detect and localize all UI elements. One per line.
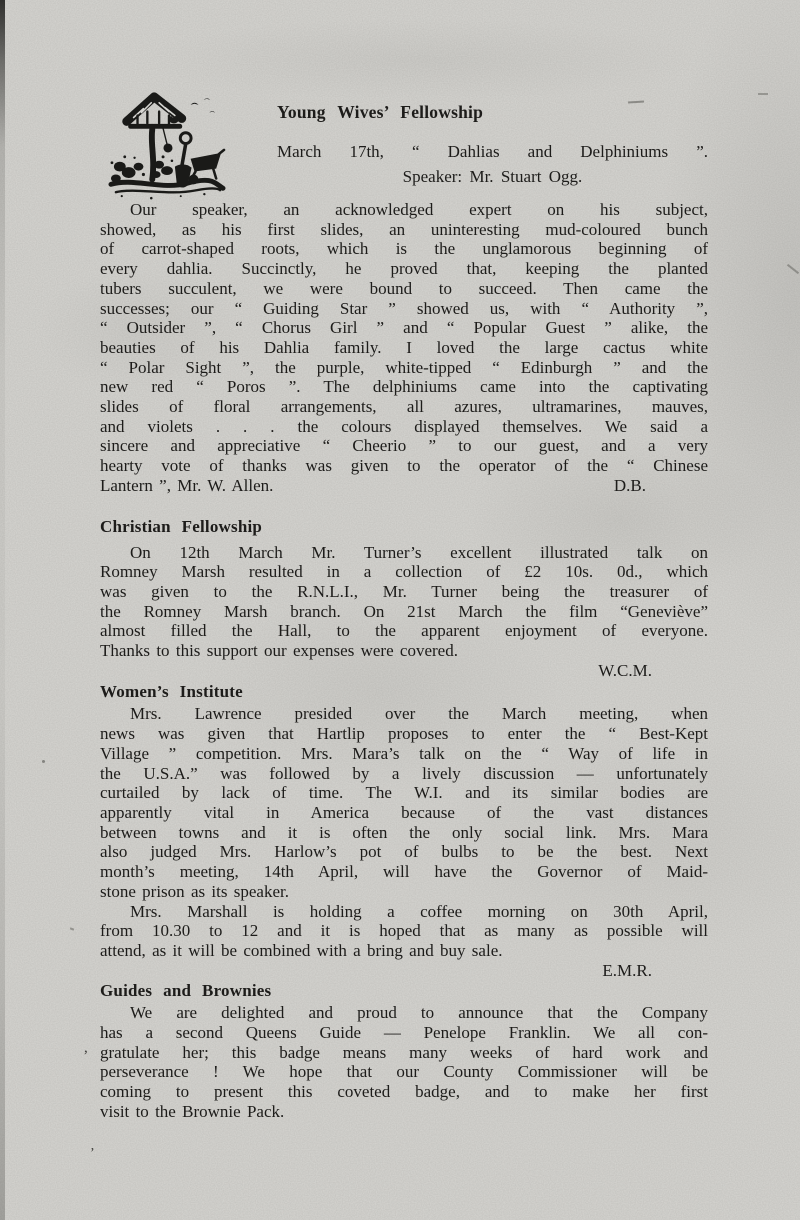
last-line-with-signature: Lantern ”, Mr. W. Allen.D.B.	[100, 476, 708, 496]
text-line: Mrs. Marshall is holding a coffee mornin…	[100, 902, 708, 922]
text-line: the Romney Marsh branch. On 21st March t…	[100, 602, 708, 622]
scan-artifact	[758, 93, 768, 95]
scanned-magazine-page: , ’	[0, 0, 800, 1220]
section-christian-fellowship: Christian FellowshipOn 12th March Mr. Tu…	[100, 517, 708, 681]
text-line: Thanks to this support our expenses were…	[100, 641, 708, 661]
scan-artifact: ,	[84, 1040, 88, 1057]
text-line: from 10.30 to 12 and it is hoped that as…	[100, 921, 708, 941]
text-line: curtailed by lack of time. The W.I. and …	[100, 783, 708, 803]
scan-edge-shadow	[0, 0, 5, 1220]
text-line: attend, as it will be combined with a br…	[100, 941, 708, 961]
text-line: sincere and appreciative “ Cheerio ” to …	[100, 436, 708, 456]
text-line: We are delighted and proud to announce t…	[100, 1003, 708, 1023]
text-line: Mrs. Lawrence presided over the March me…	[100, 704, 708, 724]
text-line: “ Outsider ”, “ Chorus Girl ” and “ Popu…	[100, 318, 708, 338]
signature-initials: E.M.R.	[100, 961, 708, 981]
text-column: Young Wives’ Fellowship March 17th, “ Da…	[100, 86, 708, 1122]
scan-artifact	[70, 927, 74, 930]
section-young-wives: Our speaker, an acknowledged expert on h…	[100, 200, 708, 496]
scan-artifact	[787, 264, 799, 274]
young-wives-titles: Young Wives’ Fellowship March 17th, “ Da…	[277, 86, 708, 200]
scan-artifact: ’	[90, 1146, 95, 1162]
text-line: almost filled the Hall, to the apparent …	[100, 621, 708, 641]
speaker-line: Speaker: Mr. Stuart Ogg.	[277, 167, 708, 187]
text-line: visit to the Brownie Pack.	[100, 1102, 708, 1122]
text-line: the U.S.A.” was followed by a lively dis…	[100, 764, 708, 784]
text-line: “ Polar Sight ”, the purple, white-tippe…	[100, 358, 708, 378]
signature-initials: W.C.M.	[100, 661, 708, 681]
scan-artifact	[42, 760, 45, 763]
text-line: slides of floral arrangements, all azure…	[100, 397, 708, 417]
text-line: also judged Mrs. Harlow’s pot of bulbs t…	[100, 842, 708, 862]
section-title: Young Wives’ Fellowship	[277, 102, 708, 122]
text-line: and violets . . . the colours displayed …	[100, 417, 708, 437]
text-line: coming to present this coveted badge, an…	[100, 1082, 708, 1102]
text-line: has a second Queens Guide — Penelope Fra…	[100, 1023, 708, 1043]
text-line: between towns and it is often the only s…	[100, 823, 708, 843]
text-line: of carrot-shaped roots, which is the ung…	[100, 239, 708, 259]
text-line: showed, as his first slides, an unintere…	[100, 220, 708, 240]
section-heading: Guides and Brownies	[100, 981, 708, 1001]
section-heading: Women’s Institute	[100, 682, 708, 702]
text-line: news was given that Hartlip proposes to …	[100, 724, 708, 744]
text-line: Lantern ”, Mr. W. Allen.	[100, 476, 273, 496]
young-wives-header: Young Wives’ Fellowship March 17th, “ Da…	[100, 86, 708, 200]
text-line: perseverance ! We hope that our County C…	[100, 1062, 708, 1082]
text-line: new red “ Poros ”. The delphiniums came …	[100, 377, 708, 397]
meeting-date-line: March 17th, “ Dahlias and Delphiniums ”.	[277, 142, 708, 162]
text-line: month’s meeting, 14th April, will have t…	[100, 862, 708, 882]
garden-illustration	[100, 86, 222, 200]
text-line: successes; our “ Guiding Star ” showed u…	[100, 299, 708, 319]
text-line: On 12th March Mr. Turner’s excellent ill…	[100, 543, 708, 563]
sections: Our speaker, an acknowledged expert on h…	[100, 200, 708, 1122]
bird-table-garden-icon	[108, 88, 226, 204]
section-guides-and-brownies: Guides and BrowniesWe are delighted and …	[100, 981, 708, 1121]
text-line: gratulate her; this badge means many wee…	[100, 1043, 708, 1063]
signature-initials: D.B.	[614, 476, 646, 496]
text-line: hearty vote of thanks was given to the o…	[100, 456, 708, 476]
text-line: apparently vital in America because of t…	[100, 803, 708, 823]
text-line: beauties of his Dahlia family. I loved t…	[100, 338, 708, 358]
text-line: Romney Marsh resulted in a collection of…	[100, 562, 708, 582]
text-line: Village ” competition. Mrs. Mara’s talk …	[100, 744, 708, 764]
section-heading: Christian Fellowship	[100, 517, 708, 537]
text-line: stone prison as its speaker.	[100, 882, 708, 902]
text-line: was given to the R.N.L.I., Mr. Turner be…	[100, 582, 708, 602]
text-line: tubers succulent, we were bound to succe…	[100, 279, 708, 299]
section-womens-institute: Women’s InstituteMrs. Lawrence presided …	[100, 682, 708, 980]
text-line: every dahlia. Succinctly, he proved that…	[100, 259, 708, 279]
